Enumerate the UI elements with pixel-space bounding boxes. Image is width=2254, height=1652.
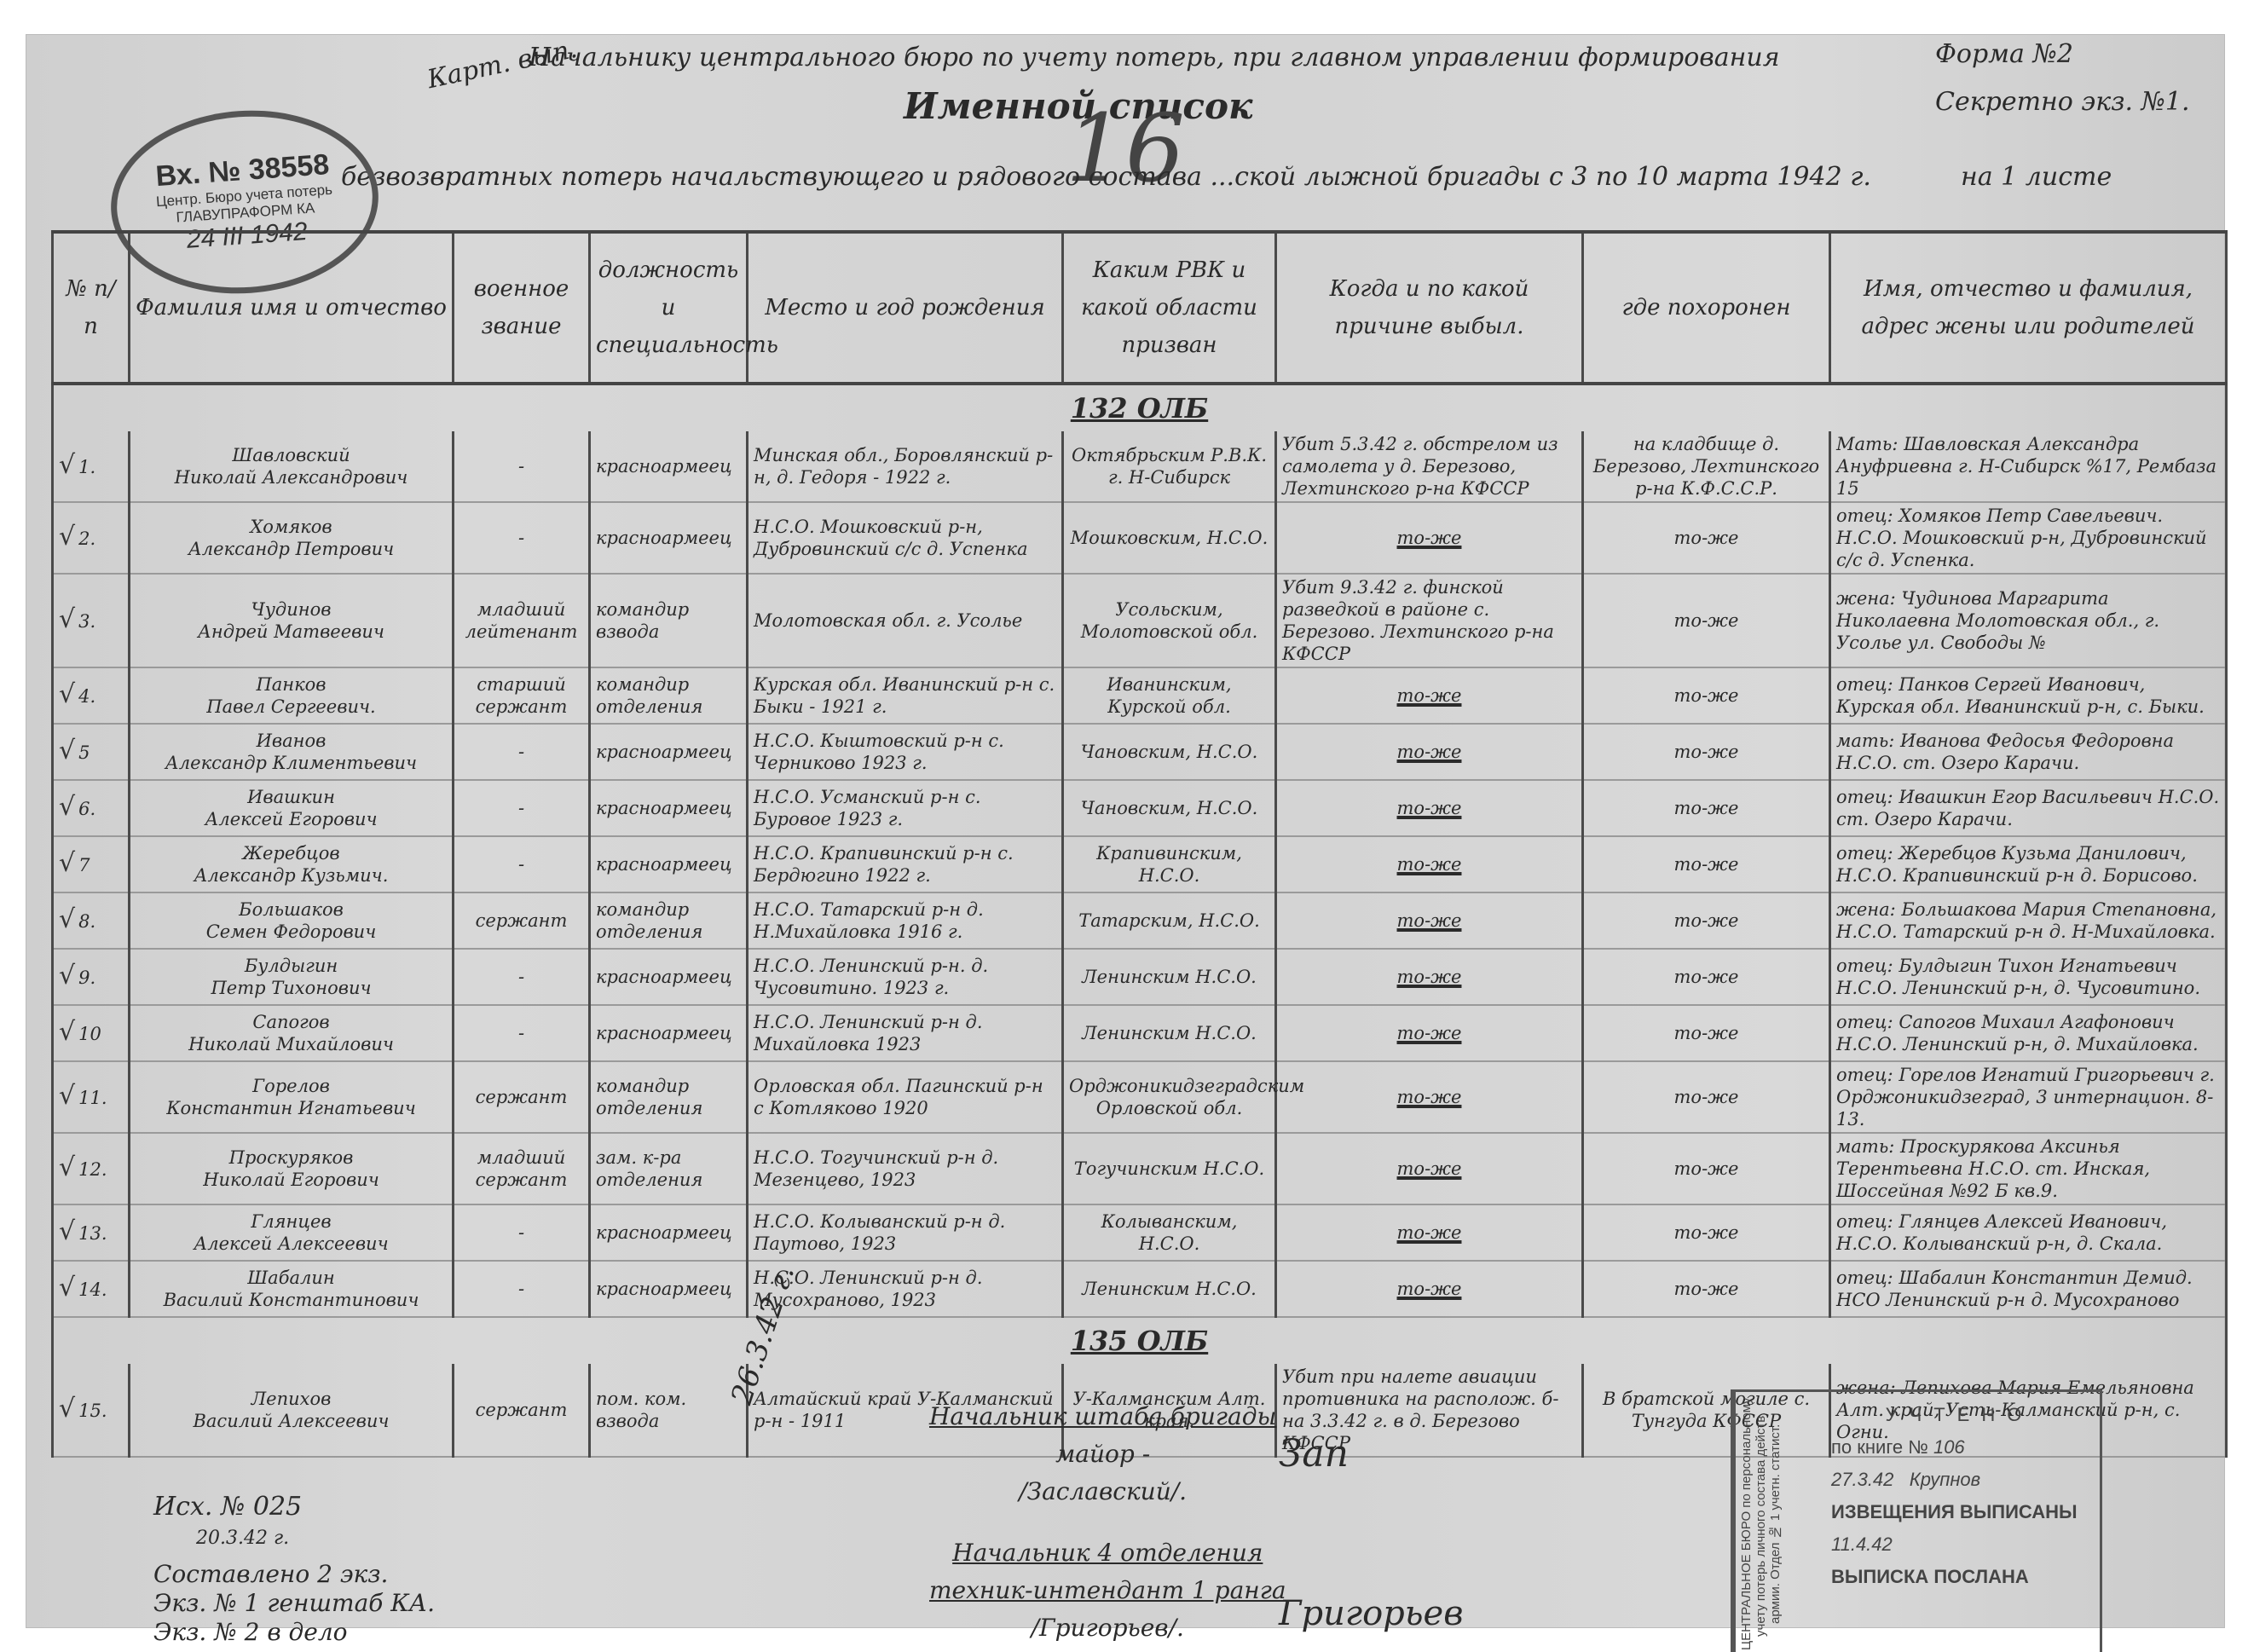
- surname: Большаков: [136, 898, 447, 921]
- position: командир отделения: [590, 1061, 748, 1133]
- military-rank: младший лейтенант: [454, 574, 590, 667]
- row-number-text: 3.: [78, 611, 95, 632]
- signer2-autograph: Григорьев: [1279, 1594, 1463, 1633]
- given-name: Николай Михайлович: [136, 1033, 447, 1055]
- birth-place-year: Курская обл. Иванинский р-н с. Быки - 19…: [748, 667, 1063, 724]
- military-rank: -: [454, 1261, 590, 1317]
- surname: Горелов: [136, 1075, 447, 1097]
- registration-date: 27.3.42: [1831, 1469, 1893, 1490]
- drafted-by: Ленинским Н.С.О.: [1063, 949, 1276, 1005]
- row-number-text: 13.: [78, 1223, 107, 1244]
- row-number: √1.: [53, 431, 130, 502]
- birth-place-year: Н.С.О. Тогучинский р-н д. Мезенцево, 192…: [748, 1133, 1063, 1204]
- person-name: ЧудиновАндрей Матвеевич: [130, 574, 454, 667]
- row-number: √11.: [53, 1061, 130, 1133]
- given-name: Петр Тихонович: [136, 977, 447, 999]
- person-name: СапоговНиколай Михайлович: [130, 1005, 454, 1061]
- position: красноармеец: [590, 724, 748, 780]
- person-name: БольшаковСемен Федорович: [130, 892, 454, 949]
- registration-book-label: по книге №: [1831, 1436, 1928, 1458]
- surname: Ивашкин: [136, 786, 447, 808]
- column-header-8: Имя, отчество и фамилия, адрес жены или …: [1830, 232, 2227, 384]
- column-header-1: Фамилия имя и отчество: [130, 232, 454, 384]
- check-mark-icon: √: [59, 1216, 75, 1246]
- given-name: Василий Константинович: [136, 1289, 447, 1311]
- when-why-dropped: то-же: [1276, 724, 1583, 780]
- position: красноармеец: [590, 1204, 748, 1261]
- check-mark-icon: √: [59, 522, 75, 552]
- registration-book-number: 106: [1933, 1436, 1965, 1458]
- given-name: Семен Федорович: [136, 921, 447, 943]
- addressee-line: Начальнику центрального бюро по учету по…: [529, 43, 1780, 72]
- military-rank: -: [454, 502, 590, 574]
- table-row: √8.БольшаковСемен Федоровичсержанткоманд…: [53, 892, 2227, 949]
- military-rank: старший сержант: [454, 667, 590, 724]
- row-number-text: 8.: [78, 911, 95, 932]
- position: красноармеец: [590, 780, 748, 836]
- row-number-text: 15.: [78, 1401, 107, 1421]
- relatives-address: отец: Хомяков Петр Савельевич. Н.С.О. Мо…: [1830, 502, 2227, 574]
- burial-place: то-же: [1583, 836, 1830, 892]
- signer1-rank: майор -: [929, 1435, 1276, 1473]
- burial-place: то-же: [1583, 780, 1830, 836]
- row-number-text: 14.: [78, 1279, 107, 1300]
- table-row: √1.ШавловскийНиколай Александрович-красн…: [53, 431, 2227, 502]
- relatives-address: отец: Булдыгин Тихон Игнатьевич Н.С.О. Л…: [1830, 949, 2227, 1005]
- row-number: √5: [53, 724, 130, 780]
- outgoing-number: Исх. № 025: [153, 1492, 302, 1522]
- drafted-by: Мошковским, Н.С.О.: [1063, 502, 1276, 574]
- signer1-title: Начальник штаба бригады: [929, 1398, 1276, 1435]
- registration-line1: УЧТЕНО: [1831, 1399, 2088, 1431]
- surname: Шавловский: [136, 444, 447, 466]
- row-number: √12.: [53, 1133, 130, 1204]
- check-mark-icon: √: [59, 736, 75, 765]
- row-number: √13.: [53, 1204, 130, 1261]
- surname: Иванов: [136, 730, 447, 752]
- position: зам. к-ра отделения: [590, 1133, 748, 1204]
- drafted-by: Октябрьским Р.В.К. г. Н-Сибирск: [1063, 431, 1276, 502]
- relatives-address: жена: Большакова Мария Степановна, Н.С.О…: [1830, 892, 2227, 949]
- surname: Жеребцов: [136, 842, 447, 864]
- row-number: √3.: [53, 574, 130, 667]
- when-why-dropped: Убит 9.3.42 г. финской разведкой в район…: [1276, 574, 1583, 667]
- row-number-text: 10: [78, 1024, 101, 1044]
- given-name: Константин Игнатьевич: [136, 1097, 447, 1119]
- position: красноармеец: [590, 1261, 748, 1317]
- column-header-3: должность и специальность: [590, 232, 748, 384]
- given-name: Василий Алексеевич: [136, 1410, 447, 1432]
- row-number-text: 12.: [78, 1159, 107, 1180]
- position: красноармеец: [590, 836, 748, 892]
- column-header-6: Когда и по какой причине выбыл.: [1276, 232, 1583, 384]
- military-rank: -: [454, 1204, 590, 1261]
- birth-place-year: Молотовская обл. г. Усолье: [748, 574, 1063, 667]
- drafted-by: Колыванским, Н.С.О.: [1063, 1204, 1276, 1261]
- given-name: Александр Кузьмич.: [136, 864, 447, 887]
- secrecy-mark: Секретно экз. №1.: [1935, 87, 2190, 117]
- person-name: ГореловКонстантин Игнатьевич: [130, 1061, 454, 1133]
- row-number: √4.: [53, 667, 130, 724]
- copies-made: Составлено 2 экз.: [153, 1560, 435, 1589]
- form-number: Форма №2: [1935, 39, 2073, 69]
- row-number: √6.: [53, 780, 130, 836]
- surname: Глянцев: [136, 1210, 447, 1233]
- relatives-address: Мать: Шавловская Александра Ануфриевна г…: [1830, 431, 2227, 502]
- check-mark-icon: √: [59, 1273, 75, 1303]
- signature-block-chief-of-staff: Начальник штаба бригады майор - /Заславс…: [929, 1398, 1276, 1510]
- unit-label: 135 ОЛБ: [59, 1330, 2220, 1352]
- check-mark-icon: √: [59, 1017, 75, 1047]
- when-why-dropped: Убит 5.3.42 г. обстрелом из самолета у д…: [1276, 431, 1583, 502]
- row-number-text: 1.: [78, 457, 95, 477]
- person-name: ЛепиховВасилий Алексеевич: [130, 1364, 454, 1457]
- drafted-by: Орджоникидзеградским Орловской обл.: [1063, 1061, 1276, 1133]
- row-number-text: 7: [78, 855, 90, 875]
- signer2-title: Начальник 4 отделения: [929, 1534, 1286, 1572]
- row-number-text: 5: [78, 742, 90, 763]
- registration-stamp: ЦЕНТРАЛЬНОЕ БЮРО по персональному учету …: [1731, 1389, 2102, 1652]
- given-name: Александр Климентьевич: [136, 752, 447, 774]
- when-why-dropped: то-же: [1276, 1061, 1583, 1133]
- birth-place-year: Н.С.О. Ленинский р-н д. Михайловка 1923: [748, 1005, 1063, 1061]
- surname: Шабалин: [136, 1267, 447, 1289]
- burial-place: то-же: [1583, 1005, 1830, 1061]
- row-number: √15.: [53, 1364, 130, 1457]
- registration-stamp-side: ЦЕНТРАЛЬНОЕ БЮРО по персональному учету …: [1733, 1392, 1819, 1652]
- birth-place-year: Н.С.О. Крапивинский р-н с. Бердюгино 192…: [748, 836, 1063, 892]
- person-name: БулдыгинПетр Тихонович: [130, 949, 454, 1005]
- birth-place-year: Н.С.О. Кыштовский р-н с. Черниково 1923 …: [748, 724, 1063, 780]
- signer2-rank: техник-интендант 1 ранга: [929, 1572, 1286, 1609]
- given-name: Александр Петрович: [136, 538, 447, 560]
- position: командир взвода: [590, 574, 748, 667]
- relatives-address: отец: Сапогов Михаил Агафонович Н.С.О. Л…: [1830, 1005, 2227, 1061]
- copy-1: Экз. № 1 генштаб КА.: [153, 1589, 435, 1618]
- person-name: ПанковПавел Сергеевич.: [130, 667, 454, 724]
- copies-note: Составлено 2 экз. Экз. № 1 генштаб КА. Э…: [153, 1560, 435, 1647]
- relatives-address: отец: Глянцев Алексей Иванович, Н.С.О. К…: [1830, 1204, 2227, 1261]
- table-row: √4.ПанковПавел Сергеевич.старший сержант…: [53, 667, 2227, 724]
- table-row: √9.БулдыгинПетр Тихонович-красноармеецН.…: [53, 949, 2227, 1005]
- given-name: Николай Егорович: [136, 1169, 447, 1191]
- position: командир отделения: [590, 667, 748, 724]
- column-header-7: где похоронен: [1583, 232, 1830, 384]
- burial-place: то-же: [1583, 1204, 1830, 1261]
- military-rank: -: [454, 949, 590, 1005]
- burial-place: то-же: [1583, 1133, 1830, 1204]
- birth-place-year: Н.С.О. Колыванский р-н д. Паутово, 1923: [748, 1204, 1063, 1261]
- check-mark-icon: √: [59, 961, 75, 991]
- when-why-dropped: то-же: [1276, 1133, 1583, 1204]
- registration-line3: ИЗВЕЩЕНИЯ ВЫПИСАНЫ: [1831, 1496, 2088, 1528]
- drafted-by: Тогучинским Н.С.О.: [1063, 1133, 1276, 1204]
- document-sheet: Начальнику центрального бюро по учету по…: [26, 34, 2225, 1628]
- burial-place: то-же: [1583, 1261, 1830, 1317]
- unit-label: 132 ОЛБ: [59, 397, 2220, 419]
- burial-place: то-же: [1583, 502, 1830, 574]
- when-why-dropped: то-же: [1276, 667, 1583, 724]
- military-rank: -: [454, 1005, 590, 1061]
- person-name: ЖеребцовАлександр Кузьмич.: [130, 836, 454, 892]
- person-name: ШавловскийНиколай Александрович: [130, 431, 454, 502]
- check-mark-icon: √: [59, 792, 75, 822]
- drafted-by: Татарским, Н.С.О.: [1063, 892, 1276, 949]
- when-why-dropped: то-же: [1276, 1005, 1583, 1061]
- row-number-text: 11.: [78, 1088, 107, 1108]
- unit-heading-cell: 135 ОЛБ: [53, 1317, 2227, 1364]
- military-rank: -: [454, 780, 590, 836]
- position: командир отделения: [590, 892, 748, 949]
- registration-date2: 11.4.42: [1831, 1528, 2088, 1561]
- check-mark-icon: √: [59, 904, 75, 934]
- row-number-text: 4.: [78, 686, 95, 707]
- person-name: ГлянцевАлексей Алексеевич: [130, 1204, 454, 1261]
- relatives-address: жена: Чудинова Маргарита Николаевна Моло…: [1830, 574, 2227, 667]
- relatives-address: мать: Проскурякова Аксинья Терентьевна Н…: [1830, 1133, 2227, 1204]
- military-rank: сержант: [454, 1364, 590, 1457]
- relatives-address: мать: Иванова Федосья Федоровна Н.С.О. с…: [1830, 724, 2227, 780]
- check-mark-icon: √: [59, 450, 75, 480]
- row-number-text: 2.: [78, 529, 95, 549]
- surname: Хомяков: [136, 516, 447, 538]
- birth-place-year: Н.С.О. Татарский р-н д. Н.Михайловка 191…: [748, 892, 1063, 949]
- table-row: √10СапоговНиколай Михайлович-красноармее…: [53, 1005, 2227, 1061]
- table-row: √5ИвановАлександр Климентьевич-красноарм…: [53, 724, 2227, 780]
- military-rank: -: [454, 724, 590, 780]
- burial-place: то-же: [1583, 724, 1830, 780]
- position: красноармеец: [590, 949, 748, 1005]
- table-row: √11.ГореловКонстантин Игнатьевичсержантк…: [53, 1061, 2227, 1133]
- column-header-5: Каким РВК и какой области призван: [1063, 232, 1276, 384]
- relatives-address: отец: Жеребцов Кузьма Данилович, Н.С.О. …: [1830, 836, 2227, 892]
- when-why-dropped: то-же: [1276, 949, 1583, 1005]
- military-rank: сержант: [454, 1061, 590, 1133]
- row-number: √9.: [53, 949, 130, 1005]
- row-number: √14.: [53, 1261, 130, 1317]
- check-mark-icon: √: [59, 848, 75, 878]
- check-mark-icon: √: [59, 679, 75, 709]
- signer1-autograph: Зап: [1279, 1432, 1349, 1476]
- surname: Проскуряков: [136, 1147, 447, 1169]
- drafted-by: Усольским, Молотовской обл.: [1063, 574, 1276, 667]
- burial-place: на кладбище д. Березово, Лехтинского р-н…: [1583, 431, 1830, 502]
- drafted-by: Иванинским, Курской обл.: [1063, 667, 1276, 724]
- person-name: ИвашкинАлексей Егорович: [130, 780, 454, 836]
- row-number: √2.: [53, 502, 130, 574]
- unit-heading-row: 135 ОЛБ: [53, 1317, 2227, 1364]
- column-header-2: военное звание: [454, 232, 590, 384]
- given-name: Алексей Алексеевич: [136, 1233, 447, 1255]
- relatives-address: отец: Горелов Игнатий Григорьевич г. Орд…: [1830, 1061, 2227, 1133]
- given-name: Павел Сергеевич.: [136, 696, 447, 718]
- military-rank: сержант: [454, 892, 590, 949]
- given-name: Андрей Матвеевич: [136, 621, 447, 643]
- copy-2: Экз. № 2 в дело: [153, 1618, 435, 1647]
- drafted-by: Ленинским Н.С.О.: [1063, 1005, 1276, 1061]
- given-name: Алексей Егорович: [136, 808, 447, 830]
- table-row: √3.ЧудиновАндрей Матвеевичмладший лейтен…: [53, 574, 2227, 667]
- unit-heading-row: 132 ОЛБ: [53, 384, 2227, 431]
- birth-place-year: Н.С.О. Мошковский р-н, Дубровинский с/с …: [748, 502, 1063, 574]
- surname: Булдыгин: [136, 955, 447, 977]
- military-rank: -: [454, 836, 590, 892]
- column-header-0: № п/п: [53, 232, 130, 384]
- document-subtitle: безвозвратных потерь начальствующего и р…: [341, 162, 1871, 192]
- position: красноармеец: [590, 1005, 748, 1061]
- position: красноармеец: [590, 431, 748, 502]
- when-why-dropped: то-же: [1276, 892, 1583, 949]
- registration-line4: ВЫПИСКА ПОСЛАНА: [1831, 1561, 2088, 1593]
- row-number-text: 9.: [78, 968, 95, 988]
- table-row: √2.ХомяковАлександр Петрович-красноармее…: [53, 502, 2227, 574]
- when-why-dropped: то-же: [1276, 836, 1583, 892]
- burial-place: то-же: [1583, 892, 1830, 949]
- sheet-count: на 1 листе: [1961, 162, 2112, 192]
- table-row: √14.ШабалинВасилий Константинович-красно…: [53, 1261, 2227, 1317]
- table-body: 132 ОЛБ√1.ШавловскийНиколай Александрови…: [53, 384, 2227, 1457]
- check-mark-icon: √: [59, 1394, 75, 1424]
- check-mark-icon: √: [59, 1081, 75, 1111]
- table-row: √12.ПроскуряковНиколай Егоровичмладший с…: [53, 1133, 2227, 1204]
- drafted-by: Чановским, Н.С.О.: [1063, 724, 1276, 780]
- surname: Сапогов: [136, 1011, 447, 1033]
- drafted-by: Чановским, Н.С.О.: [1063, 780, 1276, 836]
- row-number: √7: [53, 836, 130, 892]
- person-name: ИвановАлександр Климентьевич: [130, 724, 454, 780]
- when-why-dropped: то-же: [1276, 1261, 1583, 1317]
- row-number: √8.: [53, 892, 130, 949]
- surname: Чудинов: [136, 598, 447, 621]
- given-name: Николай Александрович: [136, 466, 447, 488]
- check-mark-icon: √: [59, 604, 75, 634]
- person-name: ШабалинВасилий Константинович: [130, 1261, 454, 1317]
- drafted-by: Ленинским Н.С.О.: [1063, 1261, 1276, 1317]
- burial-place: то-же: [1583, 1061, 1830, 1133]
- relatives-address: отец: Панков Сергей Иванович, Курская об…: [1830, 667, 2227, 724]
- row-number-text: 6.: [78, 799, 95, 819]
- surname: Панков: [136, 673, 447, 696]
- surname: Лепихов: [136, 1388, 447, 1410]
- margin-note: Карт. вып.: [425, 36, 580, 94]
- military-rank: младший сержант: [454, 1133, 590, 1204]
- drafted-by: Крапивинским, Н.С.О.: [1063, 836, 1276, 892]
- relatives-address: отец: Ивашкин Егор Васильевич Н.С.О. ст.…: [1830, 780, 2227, 836]
- table-row: √6.ИвашкинАлексей Егорович-красноармеецН…: [53, 780, 2227, 836]
- person-name: ПроскуряковНиколай Егорович: [130, 1133, 454, 1204]
- registration-line2: по книге № 106: [1831, 1431, 2088, 1464]
- when-why-dropped: то-же: [1276, 1204, 1583, 1261]
- table-row: √7ЖеребцовАлександр Кузьмич.-красноармее…: [53, 836, 2227, 892]
- burial-place: то-же: [1583, 574, 1830, 667]
- military-rank: -: [454, 431, 590, 502]
- when-why-dropped: то-же: [1276, 502, 1583, 574]
- signature-block-section-chief: Начальник 4 отделения техник-интендант 1…: [929, 1534, 1286, 1647]
- burial-place: то-же: [1583, 949, 1830, 1005]
- birth-place-year: Орловская обл. Пагинский р-н с Котляково…: [748, 1061, 1063, 1133]
- table-header-row: № п/пФамилия имя и отчествовоенное звани…: [53, 232, 2227, 384]
- birth-place-year: Н.С.О. Ленинский р-н. д. Чусовитино. 192…: [748, 949, 1063, 1005]
- burial-place: то-же: [1583, 667, 1830, 724]
- column-header-4: Место и год рождения: [748, 232, 1063, 384]
- person-name: ХомяковАлександр Петрович: [130, 502, 454, 574]
- registration-signature: Крупнов: [1910, 1469, 1980, 1490]
- casualty-table: № п/пФамилия имя и отчествовоенное звани…: [51, 230, 2228, 1458]
- position: пом. ком. взвода: [590, 1364, 748, 1457]
- unit-heading-cell: 132 ОЛБ: [53, 384, 2227, 431]
- birth-place-year: Минская обл., Боровлянский р-н, д. Гедор…: [748, 431, 1063, 502]
- outgoing-date: 20.3.42 г.: [196, 1528, 289, 1549]
- check-mark-icon: √: [59, 1152, 75, 1182]
- row-number: √10: [53, 1005, 130, 1061]
- signer2-name: /Григорьев/.: [929, 1609, 1286, 1647]
- relatives-address: отец: Шабалин Константин Демид. НСО Лени…: [1830, 1261, 2227, 1317]
- position: красноармеец: [590, 502, 748, 574]
- when-why-dropped: то-же: [1276, 780, 1583, 836]
- registration-date-line: 27.3.42 Крупнов: [1831, 1464, 2088, 1496]
- signer1-name: /Заславский/.: [929, 1473, 1276, 1510]
- birth-place-year: Н.С.О. Усманский р-н с. Буровое 1923 г.: [748, 780, 1063, 836]
- table-row: √13.ГлянцевАлексей Алексеевич-красноарме…: [53, 1204, 2227, 1261]
